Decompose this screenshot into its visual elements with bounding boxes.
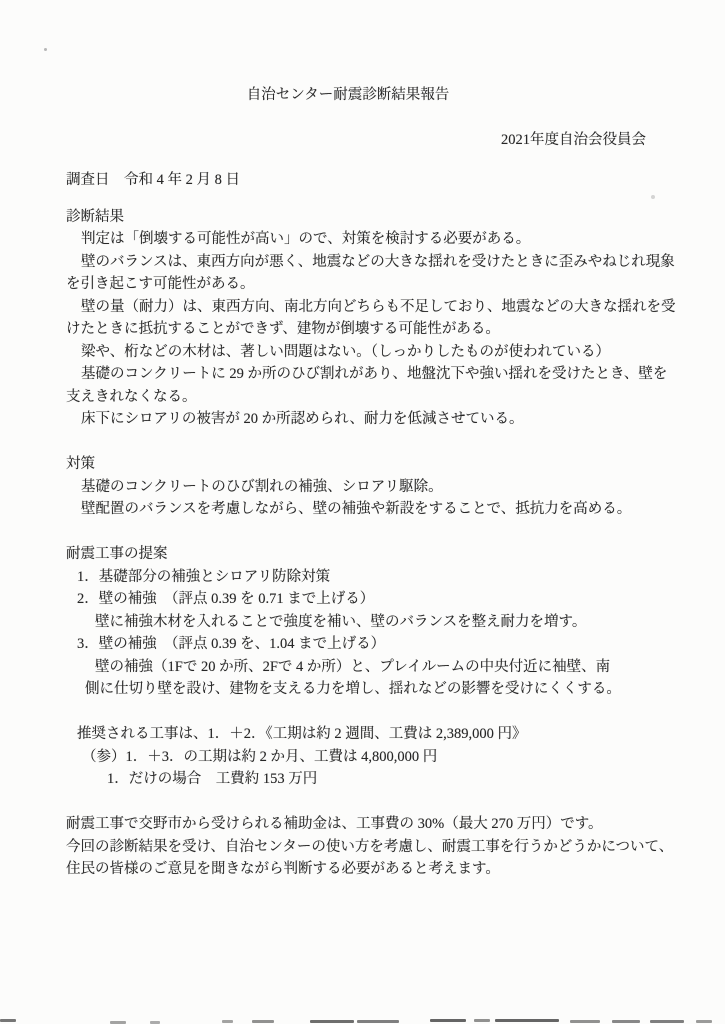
scan-edge-mark [252, 1020, 274, 1023]
reference-cost-line: 1．だけの場合 工費約 153 万円 [66, 768, 666, 791]
text-line: 壁配置のバランスを考慮しながら、壁の補強や新設をすることで、抵抗力を高める。 [66, 498, 666, 521]
blank-line [66, 791, 666, 814]
document-byline: 2021年度自治会役員会 [66, 129, 666, 152]
text-line: 基礎のコンクリートに 29 か所のひび割れがあり、地盤沈下や強い揺れを受けたとき… [66, 363, 666, 386]
text-line: 基礎のコンクリートのひび割れの補強、シロアリ駆除。 [66, 476, 666, 499]
proposal-item-3: 3．壁の補強 （評点 0.39 を、1.04 まで上げる） [66, 633, 666, 656]
scan-edge-mark [495, 1019, 559, 1022]
blank-line [66, 701, 666, 724]
proposal-item-2-detail: 壁に補強木材を入れることで強度を補い、壁のバランスを整え耐力を増す。 [66, 611, 666, 634]
blank-line [66, 521, 666, 544]
text-line: けたときに抵抗することができず、建物が倒壊する可能性がある。 [66, 318, 666, 341]
closing-line: 耐震工事で交野市から受けられる補助金は、工事費の 30%（最大 270 万円）で… [66, 813, 666, 836]
scan-edge-mark [430, 1019, 466, 1022]
closing-line: 今回の診断結果を受け、自治センターの使い方を考慮し、耐震工事を行うかどうかについ… [66, 836, 666, 859]
text-line: 梁や、桁などの木材は、著しい問題はない。（しっかりしたものが使われている） [66, 341, 666, 364]
section-closing: 耐震工事で交野市から受けられる補助金は、工事費の 30%（最大 270 万円）で… [66, 813, 666, 881]
scan-edge-mark [650, 1020, 684, 1023]
section-results: 診断結果 判定は「倒壊する可能性が高い」ので、対策を検討する必要がある。 壁のバ… [66, 206, 666, 431]
scan-edge-mark [357, 1020, 399, 1023]
scan-edge-mark [0, 1019, 16, 1022]
text-line: 床下にシロアリの被害が 20 か所認められ、耐力を低減させている。 [66, 408, 666, 431]
proposal-item-2: 2．壁の補強 （評点 0.39 を 0.71 まで上げる） [66, 588, 666, 611]
text-line: 判定は「倒壊する可能性が高い」ので、対策を検討する必要がある。 [66, 228, 666, 251]
proposal-item-3-detail: 側に仕切り壁を設け、建物を支える力を増し、揺れなどの影響を受けにくくする。 [66, 678, 666, 701]
section-proposal: 耐震工事の提案 1．基礎部分の補強とシロアリ防除対策 2．壁の補強 （評点 0.… [66, 543, 666, 701]
section-heading-measures: 対策 [66, 453, 666, 476]
closing-line: 住民の皆様のご意見を聞きながら判断する必要があると考えます。 [66, 858, 666, 881]
scan-edge-mark [570, 1020, 600, 1023]
section-heading-results: 診断結果 [66, 206, 666, 229]
document-title: 自治センター耐震診断結果報告 [66, 84, 666, 107]
proposal-item-3-detail: 壁の補強（1Fで 20 か所、2Fで 4 か所）と、プレイルームの中央付近に袖壁… [66, 656, 666, 679]
scan-edge-mark [696, 1020, 712, 1023]
section-heading-proposal: 耐震工事の提案 [66, 543, 666, 566]
section-recommendation: 推奨される工事は、1．＋2．《工期は約 2 週間、工費は 2,389,000 円… [66, 723, 666, 791]
proposal-item-1: 1．基礎部分の補強とシロアリ防除対策 [66, 566, 666, 589]
section-measures: 対策 基礎のコンクリートのひび割れの補強、シロアリ駆除。 壁配置のバランスを考慮… [66, 453, 666, 521]
scanned-report-page: 自治センター耐震診断結果報告 2021年度自治会役員会 調査日 令和 4 年 2… [0, 0, 725, 1024]
scan-edge-mark [222, 1020, 233, 1023]
survey-date: 調査日 令和 4 年 2 月 8 日 [66, 169, 666, 192]
blank-line [66, 431, 666, 454]
scan-edge-mark [612, 1020, 640, 1023]
document-body: 自治センター耐震診断結果報告 2021年度自治会役員会 調査日 令和 4 年 2… [66, 84, 666, 881]
text-line: 支えきれなくなる。 [66, 386, 666, 409]
text-line: 壁の量（耐力）は、東西方向、南北方向どちらも不足しており、地震などの大きな揺れを… [66, 296, 666, 319]
text-line: 壁のバランスは、東西方向が悪く、地震などの大きな揺れを受けたときに歪みやねじれ現… [66, 251, 666, 274]
scan-edge-mark [474, 1019, 490, 1022]
scan-edge-mark [310, 1020, 354, 1023]
recommended-work-line: 推奨される工事は、1．＋2．《工期は約 2 週間、工費は 2,389,000 円… [66, 723, 666, 746]
scan-speck [44, 48, 47, 51]
reference-cost-line: （参）1．＋3．の工期は約 2 か月、工費は 4,800,000 円 [66, 746, 666, 769]
text-line: を引き起こす可能性がある。 [66, 273, 666, 296]
